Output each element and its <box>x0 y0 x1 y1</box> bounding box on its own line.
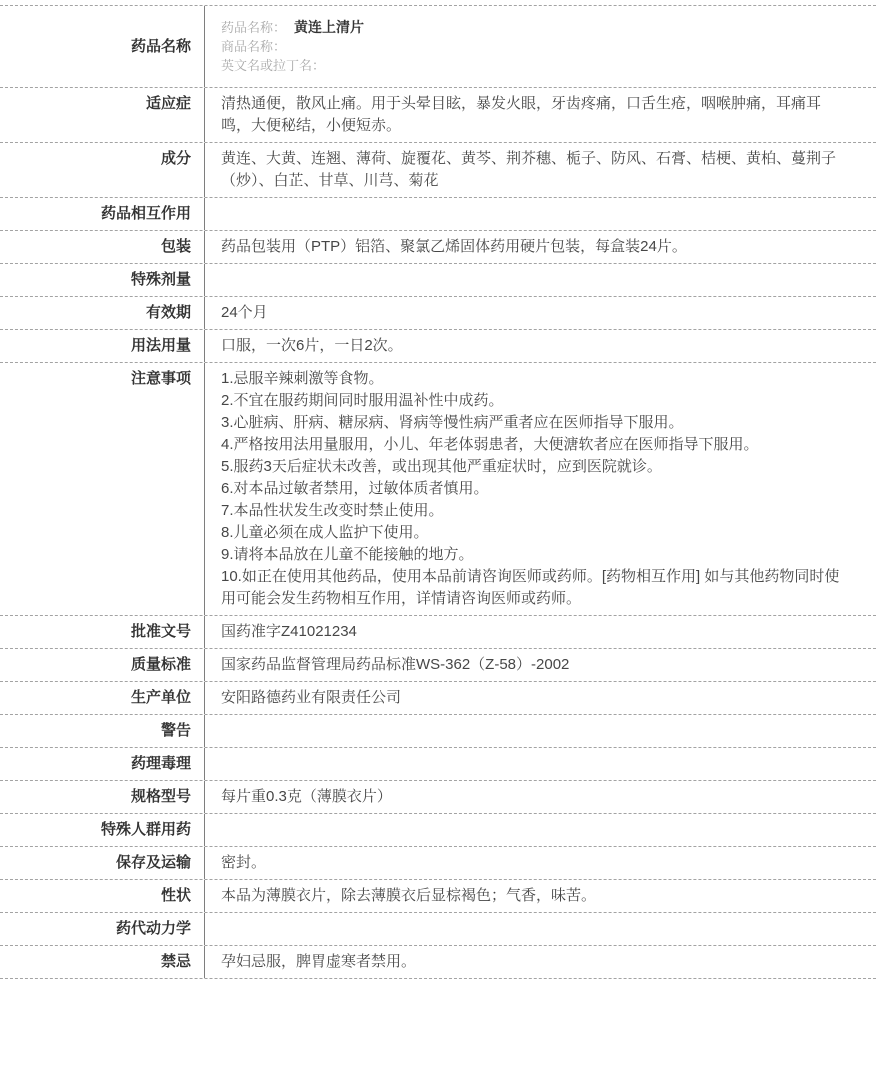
row-content-2: 黄连、大黄、连翘、薄荷、旋覆花、黄芩、荆芥穗、栀子、防风、石膏、桔梗、黄柏、蔓荆… <box>205 143 876 197</box>
table-row: 生产单位 安阳路德药业有限责任公司 <box>0 682 876 715</box>
row-content-11: 安阳路德药业有限责任公司 <box>205 682 876 714</box>
table-row: 药品名称 药品名称：黄连上清片商品名称：英文名或拉丁名： <box>0 6 876 88</box>
table-row: 批准文号 国药准字Z41021234 <box>0 616 876 649</box>
table-row: 药品相互作用 <box>0 198 876 231</box>
table-row: 注意事项 1.忌服辛辣刺激等食物。 2.不宜在服药期间同时服用温补性中成药。 3… <box>0 363 876 616</box>
table-row: 规格型号 每片重0.3克（薄膜衣片） <box>0 781 876 814</box>
row-label-5: 特殊剂量 <box>0 264 205 296</box>
table-row: 特殊人群用药 <box>0 814 876 847</box>
name-field-line: 英文名或拉丁名： <box>221 56 842 75</box>
row-content-8: 1.忌服辛辣刺激等食物。 2.不宜在服药期间同时服用温补性中成药。 3.心脏病、… <box>205 363 876 615</box>
row-content-5 <box>205 264 876 296</box>
row-content-12 <box>205 715 876 747</box>
table-row: 禁忌 孕妇忌服，脾胃虚寒者禁用。 <box>0 946 876 979</box>
name-field-line: 商品名称： <box>221 37 842 56</box>
row-content-18 <box>205 913 876 945</box>
row-content-16: 密封。 <box>205 847 876 879</box>
row-content-19: 孕妇忌服，脾胃虚寒者禁用。 <box>205 946 876 978</box>
row-label-1: 适应症 <box>0 88 205 142</box>
field-key: 商品名称： <box>221 39 286 54</box>
row-label-6: 有效期 <box>0 297 205 329</box>
name-field-line: 药品名称：黄连上清片 <box>221 18 842 37</box>
row-label-2: 成分 <box>0 143 205 197</box>
row-label-13: 药理毒理 <box>0 748 205 780</box>
row-label-14: 规格型号 <box>0 781 205 813</box>
table-row: 警告 <box>0 715 876 748</box>
row-label-19: 禁忌 <box>0 946 205 978</box>
row-label-3: 药品相互作用 <box>0 198 205 230</box>
row-content-6: 24个月 <box>205 297 876 329</box>
row-label-7: 用法用量 <box>0 330 205 362</box>
row-label-9: 批准文号 <box>0 616 205 648</box>
row-content-17: 本品为薄膜衣片，除去薄膜衣后显棕褐色；气香，味苦。 <box>205 880 876 912</box>
drug-name-fields: 药品名称：黄连上清片商品名称：英文名或拉丁名： <box>205 6 876 87</box>
row-label-16: 保存及运输 <box>0 847 205 879</box>
row-content-14: 每片重0.3克（薄膜衣片） <box>205 781 876 813</box>
row-content-15 <box>205 814 876 846</box>
drug-info-table: 药品名称 药品名称：黄连上清片商品名称：英文名或拉丁名： 适应症 清热通便，散风… <box>0 5 876 979</box>
row-content-4: 药品包装用（PTP）铝箔、聚氯乙烯固体药用硬片包装，每盒装24片。 <box>205 231 876 263</box>
row-content-13 <box>205 748 876 780</box>
table-row: 包装 药品包装用（PTP）铝箔、聚氯乙烯固体药用硬片包装，每盒装24片。 <box>0 231 876 264</box>
field-key: 英文名或拉丁名： <box>221 58 325 73</box>
row-content-7: 口服，一次6片，一日2次。 <box>205 330 876 362</box>
table-row: 适应症 清热通便，散风止痛。用于头晕目眩，暴发火眼，牙齿疼痛，口舌生疮，咽喉肿痛… <box>0 88 876 143</box>
table-row: 药代动力学 <box>0 913 876 946</box>
row-label-17: 性状 <box>0 880 205 912</box>
table-row: 保存及运输 密封。 <box>0 847 876 880</box>
table-row: 质量标准 国家药品监督管理局药品标准WS-362（Z-58）-2002 <box>0 649 876 682</box>
table-row: 药理毒理 <box>0 748 876 781</box>
row-label-12: 警告 <box>0 715 205 747</box>
field-value: 黄连上清片 <box>294 19 364 35</box>
row-content-1: 清热通便，散风止痛。用于头晕目眩，暴发火眼，牙齿疼痛，口舌生疮，咽喉肿痛，耳痛耳… <box>205 88 876 142</box>
row-label-8: 注意事项 <box>0 363 205 615</box>
table-row: 特殊剂量 <box>0 264 876 297</box>
row-content-10: 国家药品监督管理局药品标准WS-362（Z-58）-2002 <box>205 649 876 681</box>
row-label-18: 药代动力学 <box>0 913 205 945</box>
row-label-11: 生产单位 <box>0 682 205 714</box>
table-row: 用法用量 口服，一次6片，一日2次。 <box>0 330 876 363</box>
row-content-9: 国药准字Z41021234 <box>205 616 876 648</box>
table-row: 性状 本品为薄膜衣片，除去薄膜衣后显棕褐色；气香，味苦。 <box>0 880 876 913</box>
field-key: 药品名称： <box>221 20 286 35</box>
table-row: 有效期 24个月 <box>0 297 876 330</box>
row-label-0: 药品名称 <box>0 6 205 87</box>
row-label-10: 质量标准 <box>0 649 205 681</box>
table-row: 成分 黄连、大黄、连翘、薄荷、旋覆花、黄芩、荆芥穗、栀子、防风、石膏、桔梗、黄柏… <box>0 143 876 198</box>
row-label-15: 特殊人群用药 <box>0 814 205 846</box>
row-content-3 <box>205 198 876 230</box>
row-label-4: 包装 <box>0 231 205 263</box>
